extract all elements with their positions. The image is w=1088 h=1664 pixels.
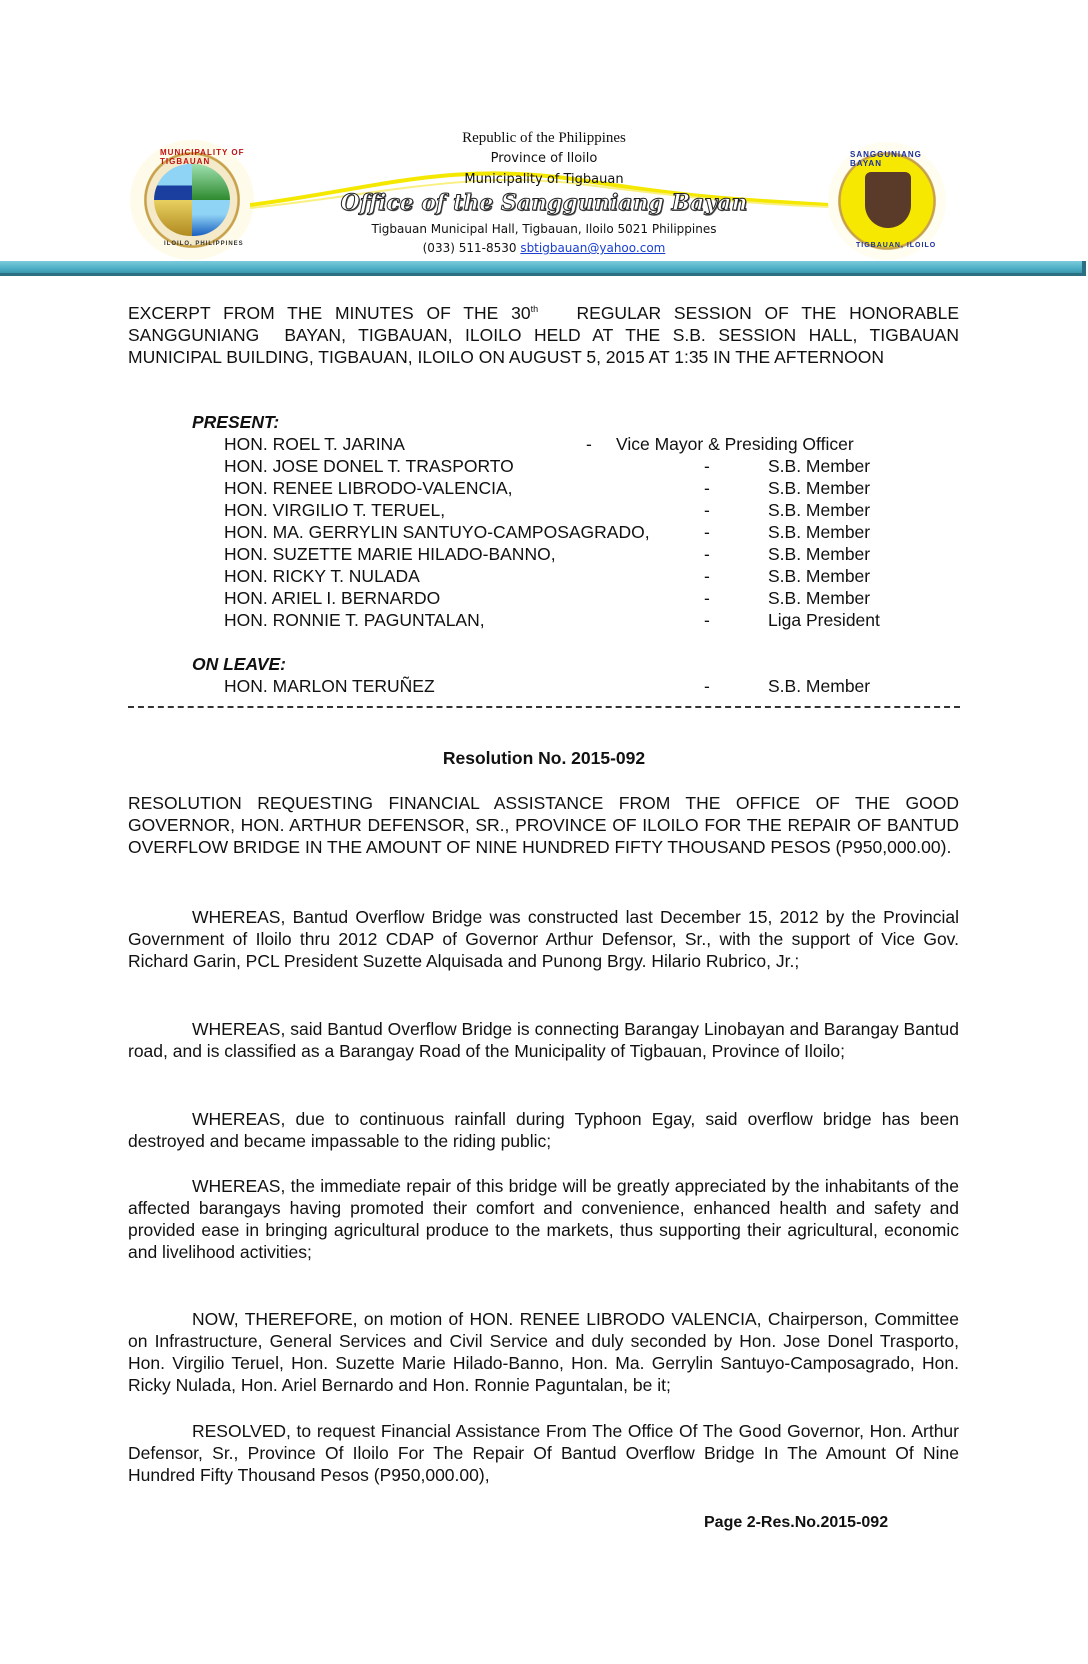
province-line: Province of Iloilo: [0, 151, 1088, 166]
attendee-role: S.B. Member: [768, 565, 870, 587]
page-footer: Page 2-Res.No.2015-092: [704, 1514, 888, 1532]
attendee-row: HON. ARIEL I. BERNARDO-S.B. Member: [192, 587, 286, 609]
attendee-dash: -: [704, 609, 710, 631]
attendee-role: S.B. Member: [768, 455, 870, 477]
excerpt-heading: EXCERPT FROM THE MINUTES OF THE 30th REG…: [128, 298, 959, 368]
attendee-dash: -: [704, 565, 710, 587]
attendee-name: HON. RICKY T. NULADA: [224, 565, 420, 587]
attendee-dash: -: [704, 543, 710, 565]
attendee-name: HON. MA. GERRYLIN SANTUYO-CAMPOSAGRADO,: [224, 521, 650, 543]
attendee-dash: -: [704, 521, 710, 543]
office-contact: (033) 511-8530 sbtigbauan@yahoo.com: [0, 241, 1088, 255]
attendee-role: S.B. Member: [768, 587, 870, 609]
whereas-paragraph: WHEREAS, said Bantud Overflow Bridge is …: [128, 1018, 959, 1062]
attendee-row: HON. SUZETTE MARIE HILADO-BANNO,-S.B. Me…: [192, 543, 286, 565]
attendee-name: HON. VIRGILIO T. TERUEL,: [224, 499, 445, 521]
office-phone: (033) 511-8530: [423, 241, 517, 255]
attendee-name: HON. JOSE DONEL T. TRASPORTO: [224, 455, 514, 477]
section-divider: [128, 706, 960, 708]
now-therefore-paragraph: NOW, THEREFORE, on motion of HON. RENEE …: [128, 1308, 959, 1396]
attendee-role: S.B. Member: [768, 499, 870, 521]
attendee-role: Vice Mayor & Presiding Officer: [616, 433, 854, 455]
attendee-name: HON. MARLON TERUÑEZ: [224, 675, 435, 697]
attendee-role: S.B. Member: [768, 477, 870, 499]
municipality-line: Municipality of Tigbauan: [0, 172, 1088, 187]
resolution-number: Resolution No. 2015-092: [0, 748, 1088, 769]
resolved-paragraph: RESOLVED, to request Financial Assistanc…: [128, 1420, 959, 1486]
attendee-row: HON. RENEE LIBRODO-VALENCIA,-S.B. Member: [192, 477, 286, 499]
resolution-title: RESOLUTION REQUESTING FINANCIAL ASSISTAN…: [128, 792, 959, 858]
attendee-row: HON. RONNIE T. PAGUNTALAN,-Liga Presiden…: [192, 609, 286, 631]
attendee-role: Liga President: [768, 609, 880, 631]
attendee-row: HON. MARLON TERUÑEZ-S.B. Member: [192, 675, 286, 697]
attendee-name: HON. ARIEL I. BERNARDO: [224, 587, 440, 609]
on-leave-label: ON LEAVE:: [192, 653, 286, 675]
attendee-role: S.B. Member: [768, 521, 870, 543]
attendee-name: HON. RENEE LIBRODO-VALENCIA,: [224, 477, 513, 499]
present-label: PRESENT:: [192, 411, 286, 433]
whereas-paragraph: WHEREAS, due to continuous rainfall duri…: [128, 1108, 959, 1152]
office-email-link[interactable]: sbtigbauan@yahoo.com: [520, 241, 665, 255]
whereas-paragraph: WHEREAS, Bantud Overflow Bridge was cons…: [128, 906, 959, 972]
attendee-dash: -: [704, 477, 710, 499]
header-bar: [0, 261, 1086, 276]
attendee-dash: -: [704, 675, 710, 697]
attendee-dash: -: [704, 455, 710, 477]
office-address: Tigbauan Municipal Hall, Tigbauan, Iloil…: [0, 222, 1088, 236]
attendance-list: PRESENT: HON. ROEL T. JARINA-Vice Mayor …: [192, 411, 286, 697]
attendee-dash: -: [704, 587, 710, 609]
republic-line: Republic of the Philippines: [0, 130, 1088, 147]
attendee-row: HON. RICKY T. NULADA-S.B. Member: [192, 565, 286, 587]
attendee-dash: -: [704, 499, 710, 521]
attendee-name: HON. SUZETTE MARIE HILADO-BANNO,: [224, 543, 556, 565]
attendee-row: HON. VIRGILIO T. TERUEL,-S.B. Member: [192, 499, 286, 521]
office-title: Office of the Sangguniang Bayan: [0, 190, 1088, 216]
attendee-row: HON. JOSE DONEL T. TRASPORTO-S.B. Member: [192, 455, 286, 477]
attendee-row: HON. MA. GERRYLIN SANTUYO-CAMPOSAGRADO,-…: [192, 521, 286, 543]
attendee-name: HON. ROEL T. JARINA: [224, 433, 405, 455]
attendee-role: S.B. Member: [768, 543, 870, 565]
attendee-row: HON. ROEL T. JARINA-Vice Mayor & Presidi…: [192, 433, 286, 455]
attendee-role: S.B. Member: [768, 675, 870, 697]
attendee-name: HON. RONNIE T. PAGUNTALAN,: [224, 609, 485, 631]
attendee-dash: -: [586, 433, 592, 455]
whereas-paragraph: WHEREAS, the immediate repair of this br…: [128, 1175, 959, 1263]
